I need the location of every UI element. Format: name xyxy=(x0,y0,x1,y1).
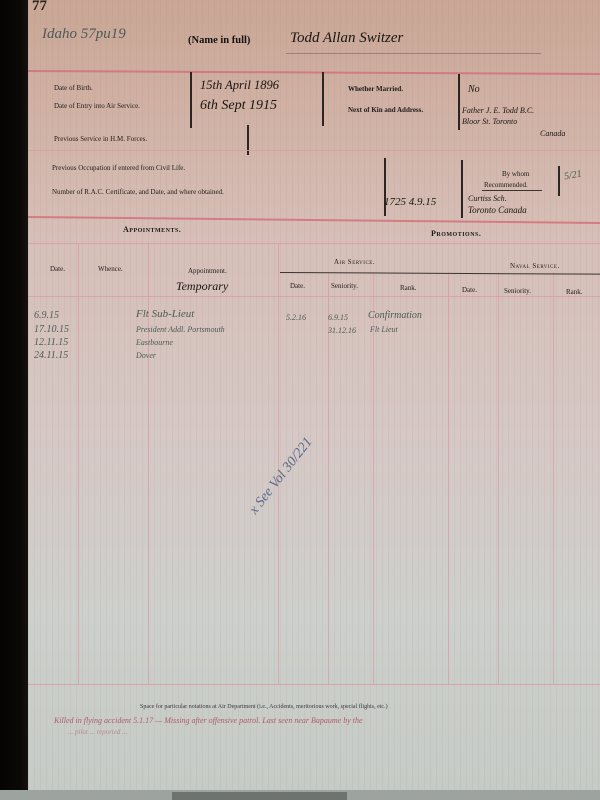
appointment-date-3: 12.11.15 xyxy=(34,337,68,348)
date-of-entry-label: Date of Entry into Air Service. xyxy=(54,102,140,110)
name-label: (Name in full) xyxy=(188,35,250,46)
rac-certificate-label: Number of R.A.C. Certificate, and Date, … xyxy=(52,188,224,196)
full-name: Todd Allan Switzer xyxy=(290,30,403,47)
recommended-label-line1: By whom xyxy=(502,170,529,178)
remarks-label: Space for particular notations at Air De… xyxy=(140,704,388,710)
whether-married-label: Whether Married. xyxy=(348,85,403,93)
next-of-kin-line2: Bloor St. Toronto xyxy=(462,117,517,126)
col-appointment: Appointment. xyxy=(188,267,227,275)
air-col-rank: Rank. xyxy=(400,284,417,292)
underline xyxy=(482,190,542,191)
remarks-rule xyxy=(28,684,600,685)
naval-col-date: Date. xyxy=(462,286,477,294)
promotion-rank-2: Flt Lieut xyxy=(370,325,398,334)
col-date: Date. xyxy=(50,265,65,273)
recommended-label-line2: Recommended. xyxy=(484,181,528,189)
air-col-seniority: Seniority. xyxy=(331,282,358,290)
remarks-entry-line1: Killed in flying accident 5.1.17 — Missi… xyxy=(54,716,363,725)
promotion-date-1: 5.2.16 xyxy=(286,313,306,322)
air-col-date: Date. xyxy=(290,282,305,290)
air-service-heading: Air Service. xyxy=(334,258,375,266)
service-record-page: 77 Idaho 57pu19 (Name in full) Todd Alla… xyxy=(28,0,600,790)
promotion-rank-1: Confirmation xyxy=(368,310,422,321)
scan-shadow xyxy=(0,0,30,800)
next-of-kin-line1: Father J. E. Todd B.C. xyxy=(462,106,534,115)
bottom-strip xyxy=(0,790,600,800)
appointment-note-temporary: Temporary xyxy=(176,279,228,294)
margin-reference: 5/21 xyxy=(563,169,582,183)
promotion-seniority-2: 31.12.16 xyxy=(328,326,356,335)
column-rule xyxy=(553,272,554,684)
header-rule xyxy=(28,296,600,297)
col-whence: Whence. xyxy=(98,265,123,273)
appointment-value-4: Dover xyxy=(136,351,156,360)
appointment-date-1: 6.9.15 xyxy=(34,310,59,321)
recommended-value-line1: Curtiss Sch. xyxy=(468,194,507,203)
promotion-seniority-1: 6.9.15 xyxy=(328,313,348,322)
naval-col-seniority: Seniority. xyxy=(504,287,531,295)
appointment-value-2: President Addl. Portsmouth xyxy=(136,325,225,334)
divider xyxy=(558,166,560,196)
section-rule xyxy=(28,216,600,224)
rac-certificate-value: 1725 4.9.15 xyxy=(384,196,436,208)
next-of-kin-line3: Canada xyxy=(540,129,565,138)
previous-service-label: Previous Service in H.M. Forces. xyxy=(54,135,147,143)
column-rule xyxy=(78,244,79,684)
date-of-birth-value: 15th April 1896 xyxy=(200,78,279,93)
appointment-date-2: 17.10.15 xyxy=(34,324,69,335)
appointment-value-1: Flt Sub-Lieut xyxy=(136,308,194,320)
column-rule xyxy=(498,272,499,684)
promotions-heading: Promotions. xyxy=(431,229,481,238)
appointment-date-4: 24.11.15 xyxy=(34,350,68,361)
date-of-entry-value: 6th Sept 1915 xyxy=(200,98,277,114)
column-rule xyxy=(448,272,449,684)
whether-married-value: No xyxy=(468,84,480,95)
bottom-tab xyxy=(172,792,347,800)
next-of-kin-label: Next of Kin and Address. xyxy=(348,106,423,114)
name-underline xyxy=(286,53,541,54)
service-number-annotation: Idaho 57pu19 xyxy=(42,26,126,43)
page-number: 77 xyxy=(32,0,47,15)
previous-occupation-label: Previous Occupation if entered from Civi… xyxy=(52,164,185,172)
top-rule xyxy=(28,70,600,75)
remarks-entry-line2: ... pilot ... reported ... xyxy=(68,728,127,736)
divider xyxy=(458,74,460,130)
naval-col-rank: Rank. xyxy=(566,288,583,296)
divider xyxy=(322,72,324,126)
column-rule xyxy=(278,244,279,684)
divider xyxy=(461,160,463,218)
rule xyxy=(28,150,600,151)
cross-reference-note: x See Vol 30/221 xyxy=(247,435,317,518)
recommended-value-line2: Toronto Canada xyxy=(468,205,527,215)
appointment-value-3: Eastbourne xyxy=(136,338,173,347)
divider xyxy=(190,72,192,128)
rule xyxy=(28,243,600,244)
naval-service-heading: Naval Service. xyxy=(510,262,560,270)
date-of-birth-label: Date of Birth. xyxy=(54,84,93,92)
appointments-heading: Appointments. xyxy=(123,225,181,234)
